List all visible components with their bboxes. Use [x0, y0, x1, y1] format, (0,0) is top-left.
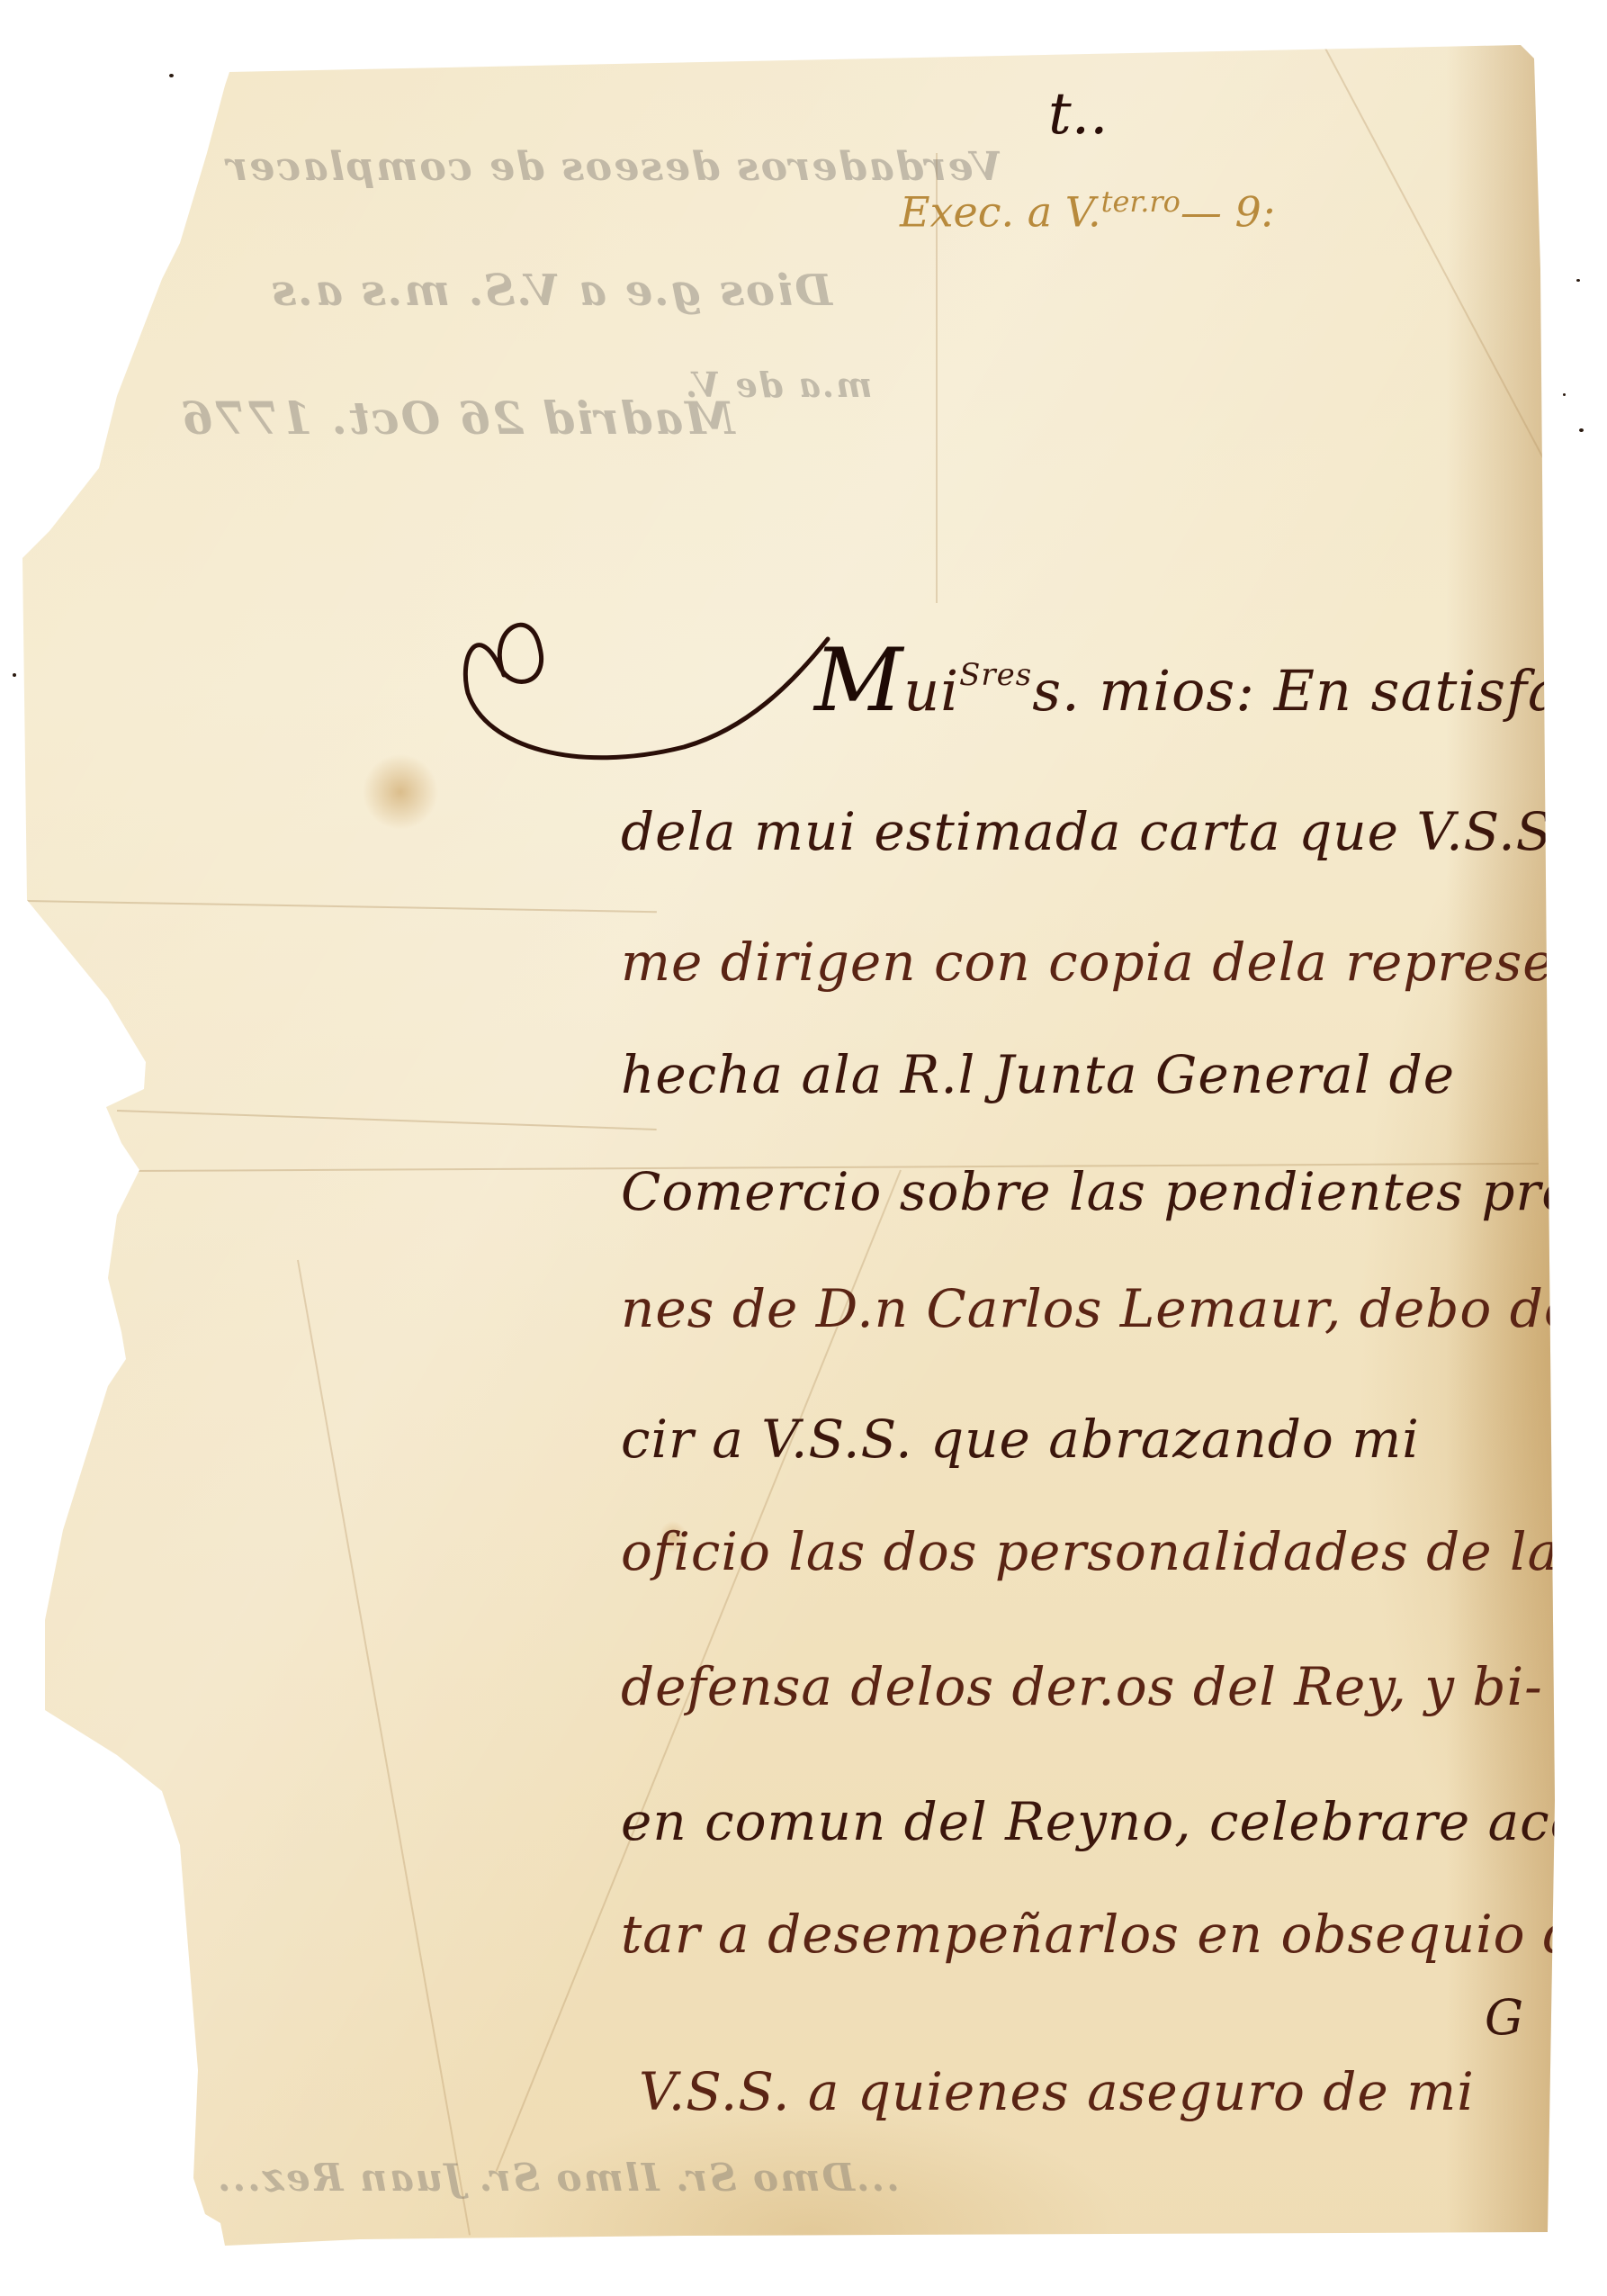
letter-body-line: dela mui estimada carta que V.S.S. [621, 801, 1568, 862]
letter-body-line: defensa delos der.os del Rey, y bi- [621, 1656, 1543, 1717]
catchword: G [1485, 1989, 1524, 2046]
diagonal-crease [297, 1260, 471, 2236]
letter-body-line: en comun del Reyno, celebrare acer- [621, 1791, 1607, 1852]
letter-body-line: nes de D.n Carlos Lemaur, debo de- [621, 1278, 1594, 1339]
horizontal-crease [117, 1110, 657, 1130]
annotation-main: Exec. a V. [900, 187, 1101, 236]
bleed-through-line: Dios g.e a V.S. m.s a.s [270, 266, 832, 316]
scan-dust-speck [1579, 428, 1584, 432]
salutation-rest: s. mios: En satisfaccion [1032, 658, 1607, 724]
bleed-through-line: Verdaderos deseos de complacer [225, 144, 1002, 190]
scan-dust-speck [169, 74, 174, 77]
bleed-through-line: ...Dmo Sr. Ilmo Sr. Juan Rez... [216, 2156, 900, 2200]
archive-annotation: Exec. a V.ter.ro— 9: [900, 185, 1275, 236]
salutation-text: ui [903, 658, 959, 724]
scan-dust-speck [13, 673, 16, 677]
annotation-superscript: ter.ro [1101, 185, 1181, 219]
letter-body-line: cir a V.S.S. que abrazando mi [621, 1409, 1420, 1470]
horizontal-crease [27, 900, 657, 913]
letter-salutation: MuiSress. mios: En satisfaccion [814, 630, 1607, 731]
scan-dust-speck [1563, 393, 1566, 396]
letter-body-line: me dirigen con copia dela representaz.n [621, 932, 1607, 993]
letter-body-line: Comercio sobre las pendientes pretensio- [621, 1161, 1607, 1222]
letter-body-line: hecha ala R.l Junta General de [621, 1044, 1455, 1105]
salutation-initial: M [814, 630, 903, 731]
bleed-through-line: Madrid 26 Oct. 1776 [180, 392, 734, 445]
letter-body-line: tar a desempeñarlos en obsequio de [621, 1904, 1607, 1965]
scan-dust-speck [1576, 279, 1580, 282]
folio-mark: t.. [1048, 81, 1108, 148]
annotation-suffix: — 9: [1181, 187, 1275, 236]
letter-body-line: oficio las dos personalidades de la [621, 1521, 1559, 1582]
salutation-superscript: Sres [959, 657, 1032, 693]
letter-body-line: V.S.S. a quienes aseguro de mi [639, 2061, 1475, 2122]
manuscript-page: Verdaderos deseos de complacer Dios g.e … [0, 0, 1607, 2296]
